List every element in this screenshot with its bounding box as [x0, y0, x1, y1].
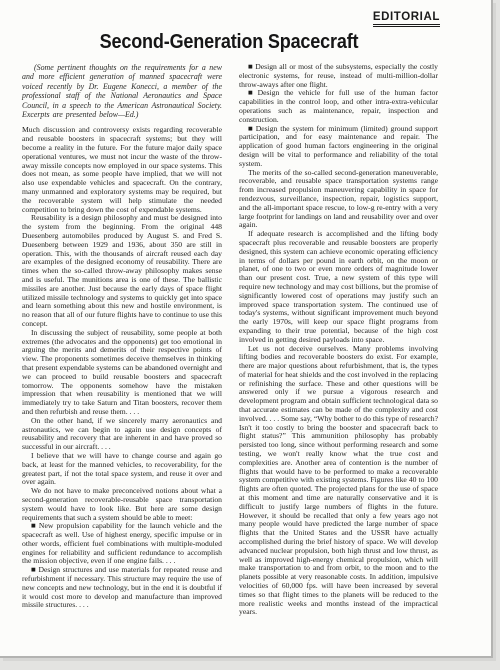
- square-bullet-icon: ■: [31, 567, 36, 573]
- paragraph: On the other hand, if we sincerely marry…: [22, 417, 222, 452]
- scanned-page-background: EDITORIAL Second-Generation Spacecraft (…: [0, 0, 500, 670]
- paragraph: We do not have to make preconceived noti…: [22, 487, 222, 522]
- bullet-item: ■Design all or most of the subsystems, e…: [239, 63, 438, 89]
- title-area: Second-Generation Spacecraft: [22, 30, 437, 54]
- paragraph: In discussing the subject of reusability…: [22, 329, 222, 417]
- paragraph: If adequate research is accomplished and…: [239, 230, 438, 344]
- bullet-item: ■New propulsion capability for the launc…: [22, 522, 222, 566]
- left-column: (Some pertinent thoughts on the requirem…: [22, 63, 222, 617]
- bullet-item: ■Design the vehicle for full use of the …: [239, 89, 438, 124]
- bullet-item: ■Design the system for minimum (limited)…: [239, 125, 438, 169]
- paragraph: Much discussion and controversy exists r…: [22, 126, 222, 214]
- editorial-page: EDITORIAL Second-Generation Spacecraft (…: [0, 0, 493, 658]
- square-bullet-icon: ■: [248, 64, 253, 70]
- right-column: ■Design all or most of the subsystems, e…: [239, 63, 438, 617]
- square-bullet-icon: ■: [31, 523, 37, 529]
- page-title: Second-Generation Spacecraft: [100, 30, 359, 54]
- left-column-text: Much discussion and controversy exists r…: [22, 126, 222, 610]
- paragraph: Let us not deceive ourselves. Many probl…: [239, 345, 438, 618]
- editor-introduction-note: (Some pertinent thoughts on the requirem…: [22, 63, 222, 119]
- square-bullet-icon: ■: [248, 126, 254, 132]
- paragraph: I believe that we will have to change co…: [22, 452, 222, 487]
- right-column-text: ■Design all or most of the subsystems, e…: [239, 63, 438, 617]
- editorial-tag: EDITORIAL: [373, 11, 440, 27]
- two-column-body: (Some pertinent thoughts on the requirem…: [22, 63, 438, 617]
- paragraph: The merits of the so-called second-gener…: [239, 169, 438, 231]
- paragraph: Reusability is a design philosophy and m…: [22, 214, 222, 328]
- square-bullet-icon: ■: [248, 90, 256, 96]
- bullet-item: ■Design structures and use materials for…: [22, 566, 222, 610]
